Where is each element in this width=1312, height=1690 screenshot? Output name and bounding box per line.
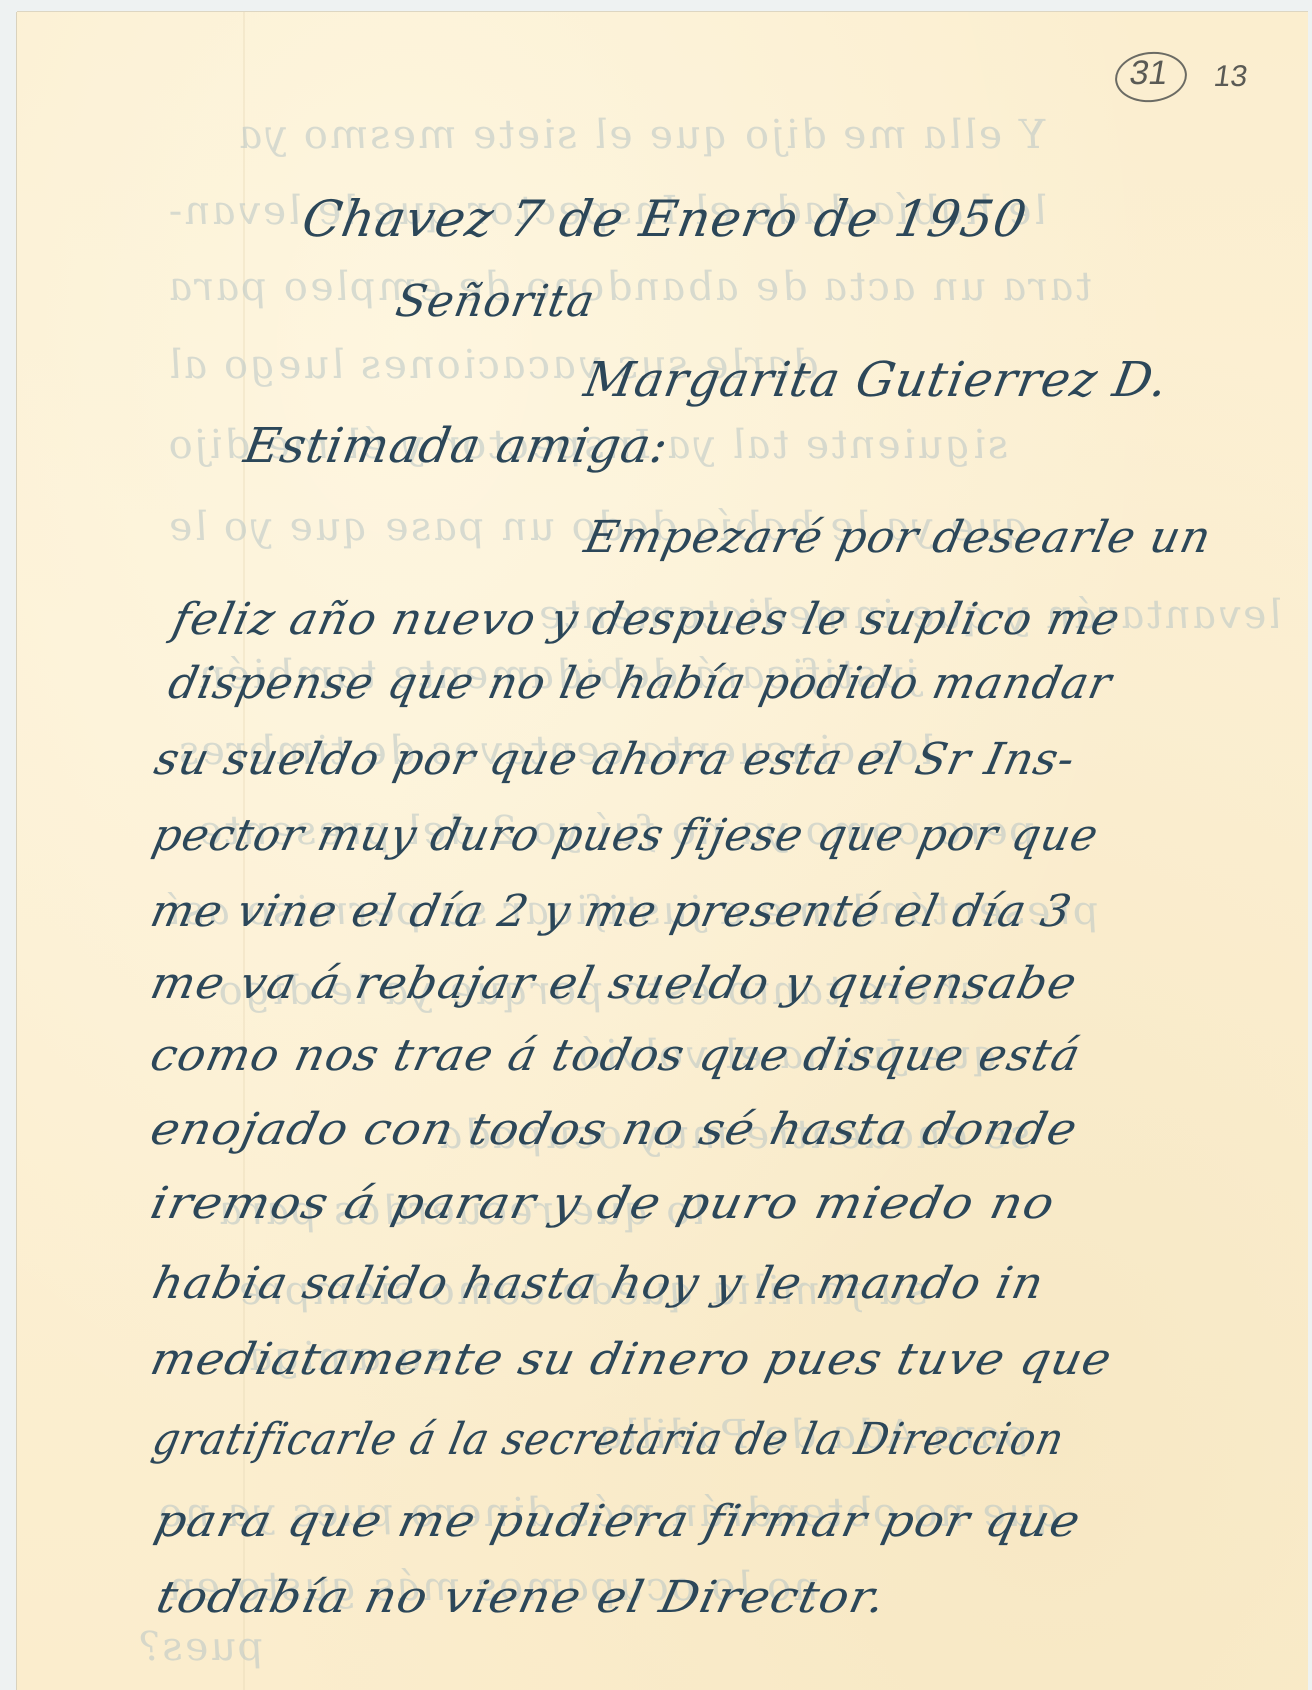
body-line: pector muy duro pues fijese que por que [148,810,1103,861]
bleed-through-line: Y ella me dijo que el siete mesmo ya [234,112,1049,158]
archive-number: 31 [1127,54,1172,93]
body-line: Empezaré por desearle un [580,512,1216,563]
body-line: para que me pudiera firmar por que [150,1496,1085,1547]
body-line: feliz año nuevo y despues le suplico me [168,594,1125,645]
body-line: iremos á parar y de puro miedo no [146,1178,1060,1229]
page-number: 13 [1212,60,1250,94]
body-line: como nos trae á todos que disque está [146,1030,1085,1081]
body-line: gratificarle á la secretaria de la Direc… [148,1414,1069,1465]
body-line: habia salido hasta hoy y le mando in [148,1258,1049,1309]
scanned-letter: Y ella me dijo que el siete mesmo ya le … [0,0,1312,1690]
body-line: enojado con todos no sé hasta donde [146,1104,1082,1155]
body-line: me va á rebajar el sueldo y quiensabe [146,958,1082,1009]
bleed-through-line: pues? [134,1624,267,1670]
place-date: Chavez 7 de Enero de 1950 [298,190,1032,248]
recipient-name: Margarita Gutierrez D. [580,352,1173,408]
body-line: dispense que no le había podido mandar [164,658,1117,709]
greeting: Estimada amiga: [240,418,673,474]
body-line: todabía no viene el Director. [152,1572,891,1623]
body-line: mediatamente su dinero pues tuve que [146,1334,1117,1385]
body-line: me vine el día 2 y me presenté el día 3 [146,886,1076,937]
salutation-title: Señorita [392,276,599,327]
body-line: su sueldo por que ahora esta el Sr Ins- [150,734,1080,785]
bleed-through-line: tara un acta de abandono de empleo para [164,264,1095,310]
